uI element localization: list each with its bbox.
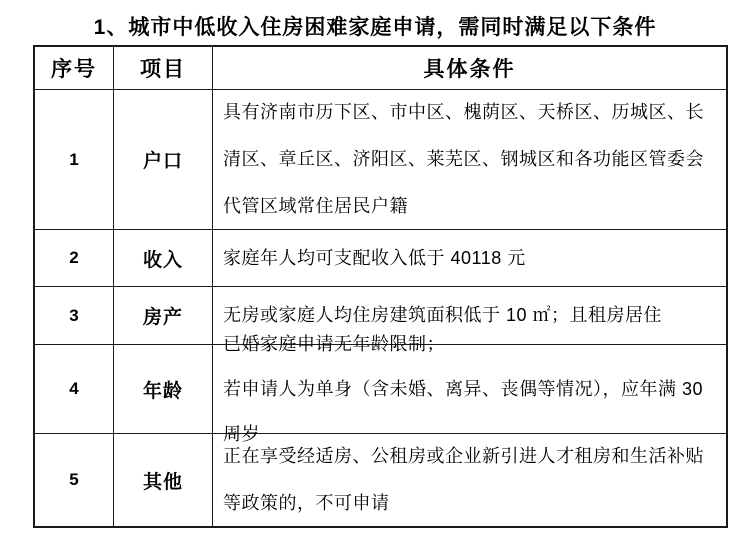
table-row-income: 2 收入 家庭年人均可支配收入低于 40118 元: [35, 229, 726, 286]
row-number-cell: 5: [35, 434, 113, 526]
item-cell: 房产: [113, 287, 212, 344]
item-cell: 其他: [113, 434, 212, 526]
item-cell: 收入: [113, 230, 212, 286]
row-number-cell: 4: [35, 345, 113, 433]
document-page: 1、城市中低收入住房困难家庭申请，需同时满足以下条件 序号 项目 具体条件 1 …: [0, 0, 750, 555]
condition-line-1: 已婚家庭申请无年龄限制；: [223, 322, 718, 367]
condition-cell: 正在享受经适房、公租房或企业新引进人才租房和生活补贴等政策的，不可申请: [212, 434, 726, 526]
header-cell-item: 项目: [113, 47, 212, 89]
condition-cell: 家庭年人均可支配收入低于 40118 元: [212, 230, 726, 286]
row-number-cell: 2: [35, 230, 113, 286]
document-title: 1、城市中低收入住房困难家庭申请，需同时满足以下条件: [0, 11, 750, 41]
condition-cell: 已婚家庭申请无年龄限制； 若申请人为单身（含未婚、离异、丧偶等情况），应年满 3…: [212, 345, 726, 433]
table-row-age: 4 年龄 已婚家庭申请无年龄限制； 若申请人为单身（含未婚、离异、丧偶等情况），…: [35, 344, 726, 433]
conditions-table: 序号 项目 具体条件 1 户口 具有济南市历下区、市中区、槐荫区、天桥区、历城区…: [33, 45, 728, 528]
table-header-row: 序号 项目 具体条件: [35, 47, 726, 89]
header-cell-condition: 具体条件: [212, 47, 726, 89]
table-row-other: 5 其他 正在享受经适房、公租房或企业新引进人才租房和生活补贴等政策的，不可申请: [35, 433, 726, 526]
row-number-cell: 1: [35, 90, 113, 229]
header-cell-no: 序号: [35, 47, 113, 89]
item-cell: 户口: [113, 90, 212, 229]
condition-cell: 具有济南市历下区、市中区、槐荫区、天桥区、历城区、长清区、章丘区、济阳区、莱芜区…: [212, 90, 726, 229]
item-cell: 年龄: [113, 345, 212, 433]
row-number-cell: 3: [35, 287, 113, 344]
table-row-hukou: 1 户口 具有济南市历下区、市中区、槐荫区、天桥区、历城区、长清区、章丘区、济阳…: [35, 89, 726, 229]
